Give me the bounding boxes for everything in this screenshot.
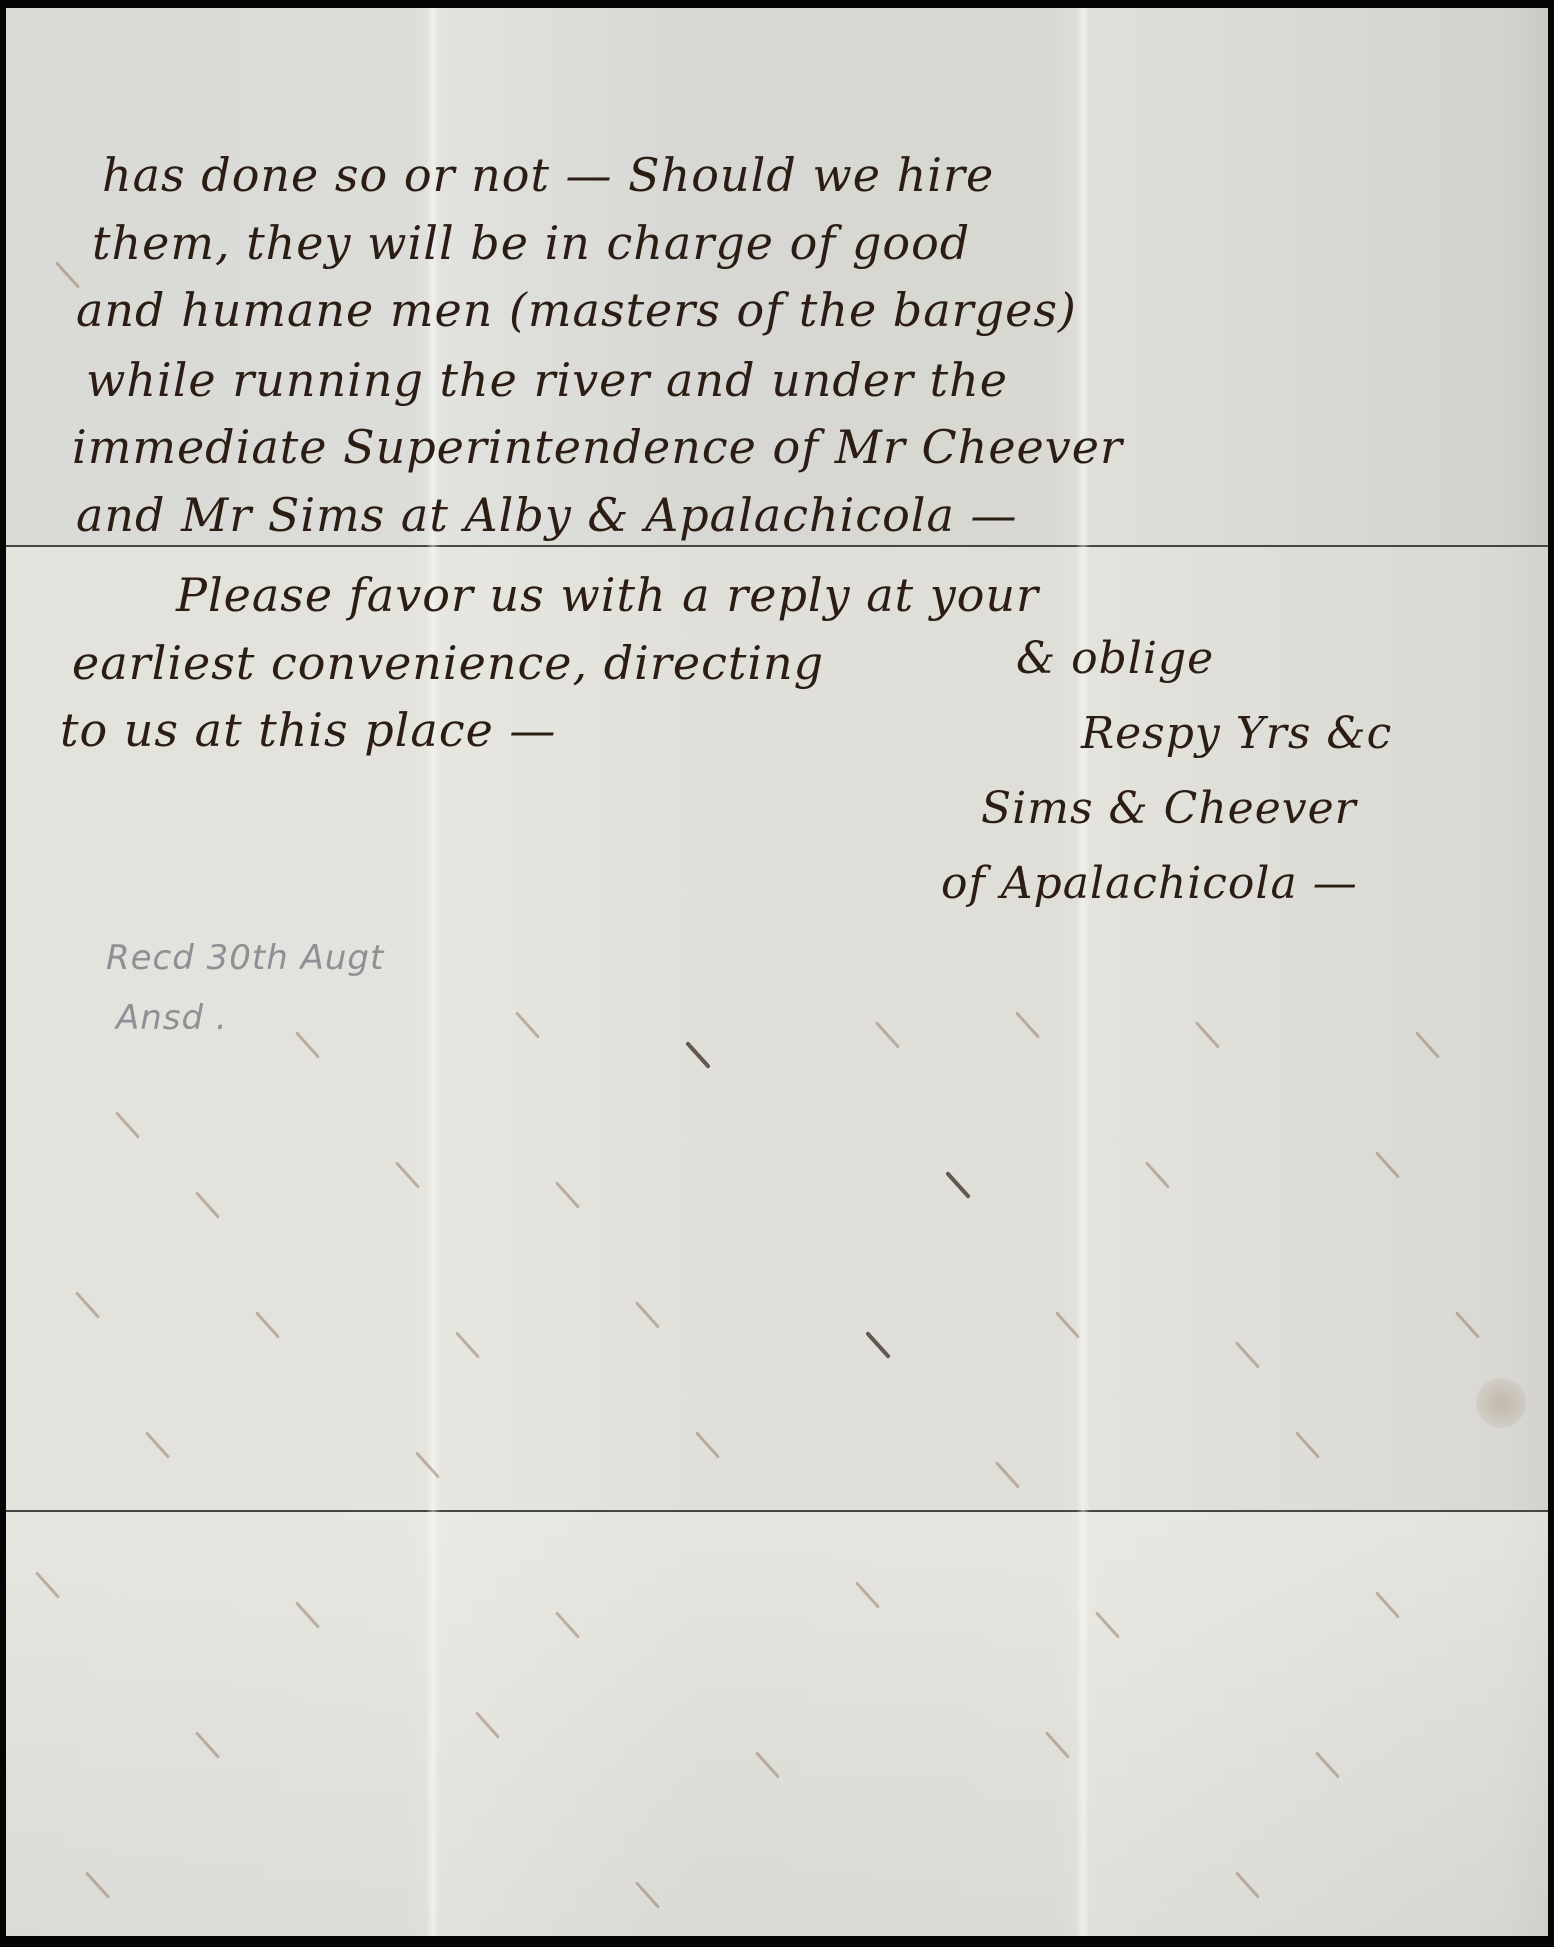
body-line-2: them, they will be in charge of good [92,216,970,270]
body-line-7: Please favor us with a reply at your [176,568,1039,622]
body-line-9: to us at this place — [60,703,556,757]
horizontal-fold-line [6,545,1548,547]
horizontal-fold-line [6,1510,1548,1512]
closing-respects: Respy Yrs &c [1081,708,1392,759]
bottom-fold-panel [6,1510,1548,1936]
closing-oblige: & oblige [1016,633,1214,684]
body-line-4: while running the river and under the [86,353,1008,407]
annotation-answered: Ansd . [116,998,228,1038]
body-line-8: earliest convenience, directing [72,636,824,690]
vertical-fold-crease [1076,8,1090,1936]
body-line-1: has done so or not — Should we hire [102,148,994,202]
body-line-5: immediate Superintendence of Mr Cheever [72,420,1123,474]
signature-location: of Apalachicola — [941,858,1358,909]
letter-page: has done so or not — Should we hire them… [6,8,1548,1936]
body-line-3: and humane men (masters of the barges) [76,283,1077,337]
body-line-6: and Mr Sims at Alby & Apalachicola — [76,488,1018,542]
annotation-received: Recd 30th Augt [106,938,384,978]
signature: Sims & Cheever [981,783,1357,834]
